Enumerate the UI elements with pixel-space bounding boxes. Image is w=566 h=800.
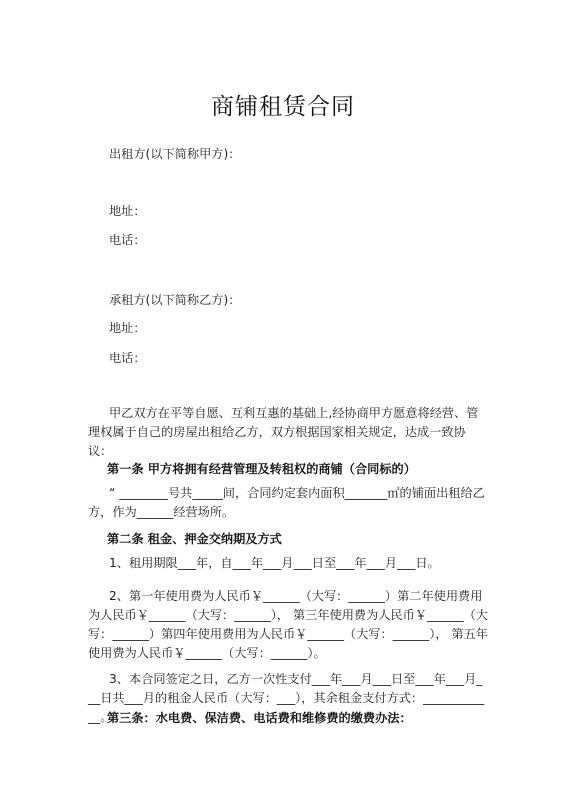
lessee-label: 承租方(以下简称乙方)： <box>109 292 240 308</box>
article2-item1: 1、租用期限___年，自___年___月___日至___年___月___日。 <box>88 554 488 573</box>
article1-body: “ ________号共_____间，合同约定套内面积_______㎡的铺面出租… <box>88 484 488 522</box>
article2-heading: 第二条 租金、押金交纳期及方式 <box>107 530 282 547</box>
preamble-paragraph: 甲乙双方在平等自愿、互利互惠的基础上,经协商甲方愿意将经营、管理权属于自己的房屋… <box>88 404 488 461</box>
article3-heading: 第三条：水电费、保洁费、电话费和维修费的缴费办法： <box>107 709 412 726</box>
article1-heading: 第一条 甲方将拥有经营管理及转租权的商铺（合同标的） <box>107 460 416 477</box>
lessor-label: 出租方(以下简称甲方)： <box>109 146 240 162</box>
document-page: 商铺租赁合同 出租方(以下简称甲方)： 地址： 电话： 承租方(以下简称乙方)：… <box>0 0 566 800</box>
document-title: 商铺租赁合同 <box>0 88 566 121</box>
lessor-phone-label: 电话： <box>109 232 146 248</box>
lessee-phone-label: 电话： <box>109 350 146 366</box>
article2-item2: 2、第一年使用费为人民币￥______（大写：______）第二年使用费用为人民… <box>88 587 488 663</box>
lessor-address-label: 地址： <box>109 203 146 219</box>
lessee-address-label: 地址： <box>109 320 146 336</box>
